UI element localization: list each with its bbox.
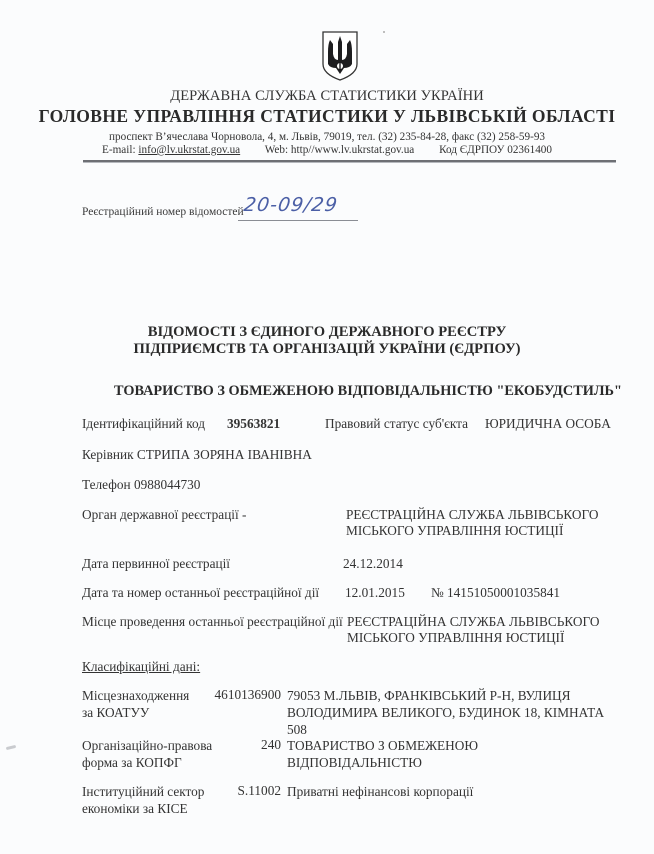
legal-status-value: ЮРИДИЧНА ОСОБА — [485, 416, 611, 432]
kise-code: S.11002 — [191, 783, 281, 799]
last-action-label: Дата та номер останньої реєстраційної ді… — [82, 585, 319, 601]
last-action-number: № 14151050001035841 — [431, 585, 560, 601]
last-action-place-line1: РЕЄСТРАЦІЙНА СЛУЖБА ЛЬВІВСЬКОГО — [347, 614, 599, 630]
web-label: Web: — [265, 144, 288, 156]
service-name: ДЕРЖАВНА СЛУЖБА СТАТИСТИКИ УКРАЇНИ — [0, 88, 654, 105]
registration-number-handwritten: 20-09/29 — [242, 194, 339, 216]
head-row: Керівник СТРИПА ЗОРЯНА ІВАНІВНА — [82, 447, 312, 463]
phone-row: Телефон 0988044730 — [82, 477, 200, 493]
reg-authority-label: Орган державної реєстрації - — [82, 507, 246, 523]
first-reg-date-label: Дата первинної реєстрації — [82, 556, 230, 572]
scan-speck — [383, 31, 385, 33]
company-name: ТОВАРИСТВО З ОБМЕЖЕНОЮ ВІДПОВІДАЛЬНІСТЮ … — [114, 383, 622, 400]
koatuu-value: 79053 М.ЛЬВІВ, ФРАНКІВСЬКИЙ Р-Н, ВУЛИЦЯ … — [287, 687, 622, 738]
ukraine-coat-of-arms-icon — [320, 30, 360, 82]
document-title-line1: ВІДОМОСТІ З ЄДИНОГО ДЕРЖАВНОГО РЕЄСТРУ — [0, 324, 654, 341]
head-label: Керівник — [82, 447, 134, 462]
id-code-label: Ідентифікаційний код — [82, 416, 205, 432]
reg-authority-value-line1: РЕЄСТРАЦІЙНА СЛУЖБА ЛЬВІВСЬКОГО — [346, 507, 598, 523]
id-code-value: 39563821 — [227, 416, 280, 432]
kopfg-code: 240 — [191, 737, 281, 753]
legal-status-label: Правовий статус суб'єкта — [325, 416, 468, 432]
address-line: проспект В’ячеслава Чорновола, 4, м. Льв… — [0, 131, 654, 143]
phone-label: Телефон — [82, 477, 131, 492]
header-divider-shadow — [83, 162, 616, 163]
email-link[interactable]: info@lv.ukrstat.gov.ua — [138, 144, 240, 156]
department-name: ГОЛОВНЕ УПРАВЛІННЯ СТАТИСТИКИ У ЛЬВІВСЬК… — [0, 106, 654, 127]
classification-heading: Класифікаційні дані: — [82, 659, 200, 675]
phone-value: 0988044730 — [134, 477, 200, 492]
contact-line: E-mail: info@lv.ukrstat.gov.ua Web: http… — [0, 144, 654, 156]
registration-number-label: Реєстраційний номер відомостей — [82, 206, 244, 218]
head-value: СТРИПА ЗОРЯНА ІВАНІВНА — [137, 447, 312, 462]
kise-value: Приватні нефінансові корпорації — [287, 783, 622, 800]
kopfg-value: ТОВАРИСТВО З ОБМЕЖЕНОЮ ВІДПОВІДАЛЬНІСТЮ — [287, 737, 497, 771]
document-title-line2: ПІДПРИЄМСТВ ТА ОРГАНІЗАЦІЙ УКРАЇНИ (ЄДРП… — [0, 341, 654, 358]
last-action-place-line2: МІСЬКОГО УПРАВЛІННЯ ЮСТИЦІЇ — [347, 630, 564, 646]
email-label: E-mail: — [102, 144, 136, 156]
koatuu-label: Місцезнаходження за КОАТУУ — [82, 687, 197, 721]
edrpou-label: Код ЄДРПОУ — [439, 144, 504, 156]
last-action-date: 12.01.2015 — [345, 585, 405, 601]
kise-label: Інституційний сектор економіки за КІСЕ — [82, 783, 207, 817]
first-reg-date-value: 24.12.2014 — [343, 556, 403, 572]
last-action-place-label: Місце проведення останньої реєстраційної… — [82, 614, 343, 630]
registration-number-underline — [238, 220, 358, 221]
scan-mark — [6, 745, 16, 750]
reg-authority-value-line2: МІСЬКОГО УПРАВЛІННЯ ЮСТИЦІЇ — [346, 523, 563, 539]
edrpou-code: 02361400 — [507, 144, 552, 156]
web-link[interactable]: http//www.lv.ukrstat.gov.ua — [291, 144, 414, 156]
koatuu-code: 4610136900 — [191, 687, 281, 703]
